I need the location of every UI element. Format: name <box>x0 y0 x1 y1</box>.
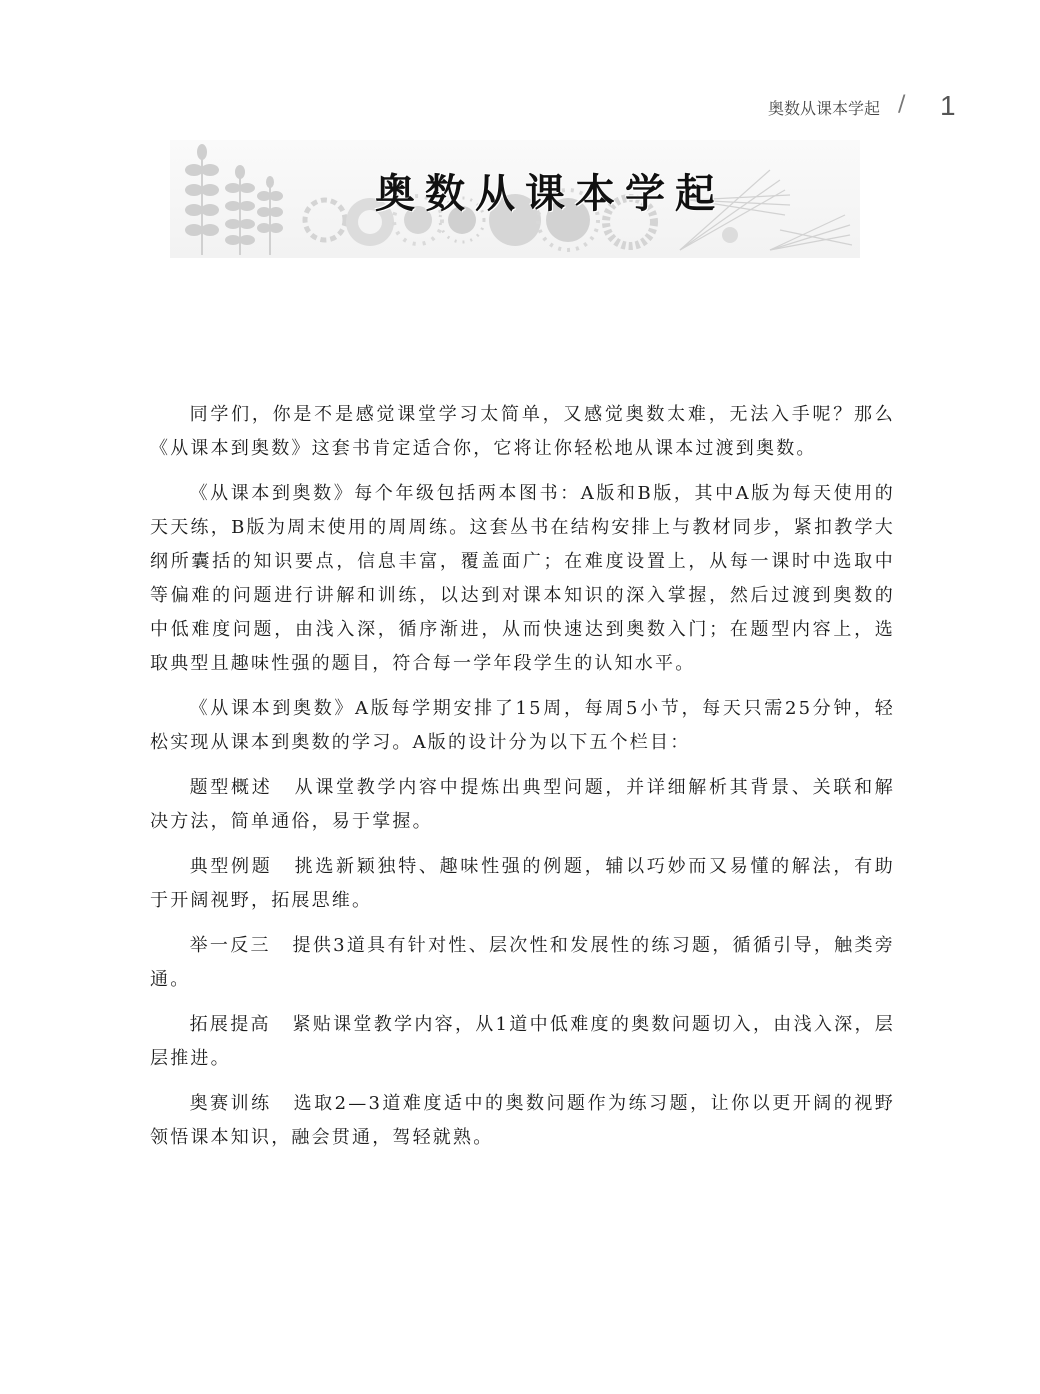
section-heading: 奥赛训练 <box>190 1093 272 1114</box>
section-heading: 典型例题 <box>190 856 273 877</box>
paragraph: 《从课本到奥数》A版每学期安排了15周，每周5小节，每天只需25分钟，轻松实现从… <box>150 692 895 760</box>
body-text: 同学们，你是不是感觉课堂学习太简单，又感觉奥数太难，无法入手呢？那么《从课本到奥… <box>150 398 895 1166</box>
running-head: 奥数从课本学起 / 1 <box>720 92 970 126</box>
section-item: 典型例题挑选新颖独特、趣味性强的例题，辅以巧妙而又易懂的解法，有助于开阔视野，拓… <box>150 850 895 918</box>
chapter-banner: 奥数从课本学起 <box>170 140 860 258</box>
section-heading: 拓展提高 <box>190 1014 271 1035</box>
section-item: 拓展提高紧贴课堂教学内容，从1道中低难度的奥数问题切入，由浅入深，层层推进。 <box>150 1008 895 1076</box>
paragraph: 《从课本到奥数》每个年级包括两本图书：A版和B版，其中A版为每天使用的天天练，B… <box>150 477 895 681</box>
section-item: 奥赛训练选取2—3道难度适中的奥数问题作为练习题，让你以更开阔的视野领悟课本知识… <box>150 1087 895 1155</box>
page-number: 1 <box>940 90 956 122</box>
section-heading: 举一反三 <box>190 935 271 956</box>
section-item: 举一反三提供3道具有针对性、层次性和发展性的练习题，循循引导，触类旁通。 <box>150 929 895 997</box>
running-head-separator: / <box>898 92 905 117</box>
section-heading: 题型概述 <box>190 777 273 798</box>
section-item: 题型概述从课堂教学内容中提炼出典型问题，并详细解析其背景、关联和解决方法，简单通… <box>150 771 895 839</box>
chapter-title: 奥数从课本学起 <box>375 162 725 219</box>
paragraph: 同学们，你是不是感觉课堂学习太简单，又感觉奥数太难，无法入手呢？那么《从课本到奥… <box>150 398 895 466</box>
running-head-title: 奥数从课本学起 <box>768 96 880 119</box>
